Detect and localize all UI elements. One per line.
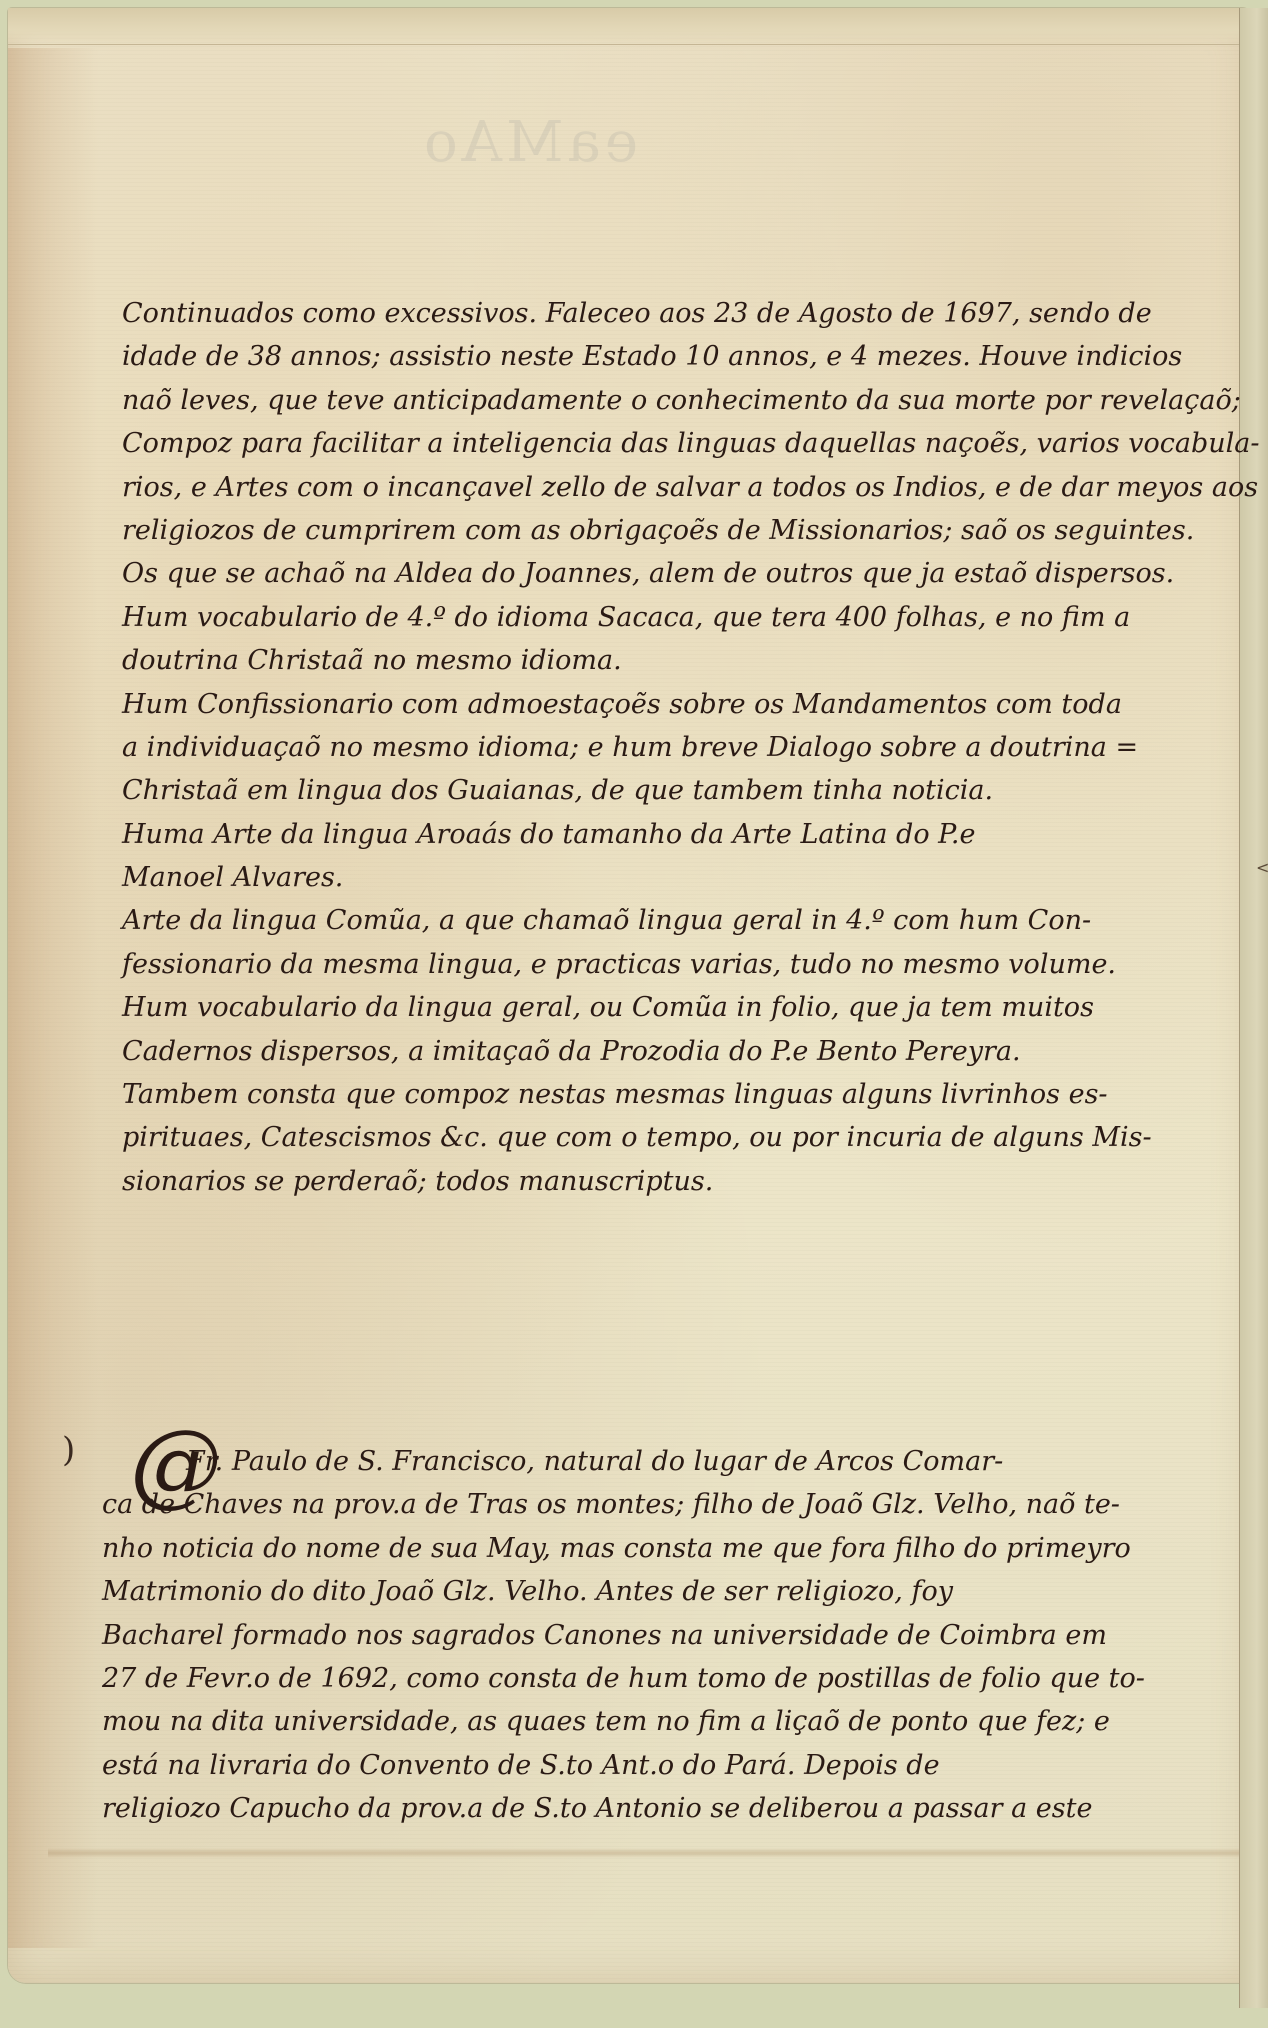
text-line: nho noticia do nome de sua May, mas cons… <box>102 1527 1212 1570</box>
text-line: Fr. Paulo de S. Francisco, natural do lu… <box>102 1440 1212 1483</box>
list-item-line: Hum vocabulario de 4.º do idioma Sacaca,… <box>122 596 1212 639</box>
text-line: Manoel Alvares. <box>122 856 1212 899</box>
list-item-line: Hum Confissionario com admoestaçoẽs sobr… <box>122 683 1212 726</box>
left-edge-stain <box>8 48 98 1948</box>
list-item-line: Arte da lingua Comũa, a que chamaõ lingu… <box>122 899 1212 942</box>
text-line: 27 de Fevr.o de 1692, como consta de hum… <box>102 1657 1212 1700</box>
text-line: Matrimonio do dito Joaõ Glz. Velho. Ante… <box>102 1570 1212 1613</box>
binding-edge <box>1239 8 1268 2008</box>
text-line: Compoz para facilitar a inteligencia das… <box>122 422 1212 465</box>
text-line: mou na dita universidade, as quaes tem n… <box>102 1700 1212 1743</box>
text-line: a individuaçaõ no mesmo idioma; e hum br… <box>122 726 1212 769</box>
text-line: Continuados como excessivos. Faleceo aos… <box>122 292 1212 335</box>
show-through-text: eaMAo <box>420 110 638 175</box>
text-line: doutrina Christaã no mesmo idioma. <box>122 639 1212 682</box>
text-line: Tambem consta que compoz nestas mesmas l… <box>122 1073 1212 1116</box>
right-margin-mark: < <box>1256 858 1268 877</box>
text-line: religiozos de cumprirem com as obrigaçoẽ… <box>122 509 1212 552</box>
text-line: Christaã em lingua dos Guaianas, de que … <box>122 769 1212 812</box>
text-line: Cadernos dispersos, a imitaçaõ da Prozod… <box>122 1030 1212 1073</box>
left-margin-mark: ) <box>62 1430 75 1470</box>
text-line: religiozo Capucho da prov.a de S.to Anto… <box>102 1787 1212 1830</box>
paragraph-2: Fr. Paulo de S. Francisco, natural do lu… <box>102 1440 1212 1831</box>
text-line: idade de 38 annos; assistio neste Estado… <box>122 335 1212 378</box>
text-line: rios, e Artes com o incançavel zello de … <box>122 466 1212 509</box>
text-line: está na livraria do Convento de S.to Ant… <box>102 1744 1212 1787</box>
page-top-fold <box>8 8 1252 45</box>
list-item-line: Hum vocabulario da lingua geral, ou Comũ… <box>122 986 1212 1029</box>
text-line: naõ leves, que teve anticipadamente o co… <box>122 379 1212 422</box>
text-line: Bacharel formado nos sagrados Canones na… <box>102 1614 1212 1657</box>
text-line: ca de Chaves na prov.a de Tras os montes… <box>102 1483 1212 1526</box>
manuscript-scan: eaMAo Continuados como excessivos. Falec… <box>0 0 1268 2028</box>
text-line: Os que se achaõ na Aldea do Joannes, ale… <box>122 552 1212 595</box>
list-item-line: Huma Arte da lingua Aroaás do tamanho da… <box>122 813 1212 856</box>
text-line: fessionario da mesma lingua, e practicas… <box>122 943 1212 986</box>
bottom-fold-crease <box>48 1848 1248 1858</box>
text-line: sionarios se perderaõ; todos manuscriptu… <box>122 1160 1212 1203</box>
text-line: pirituaes, Catescismos &c. que com o tem… <box>122 1116 1212 1159</box>
paragraph-1: Continuados como excessivos. Faleceo aos… <box>122 292 1212 1203</box>
